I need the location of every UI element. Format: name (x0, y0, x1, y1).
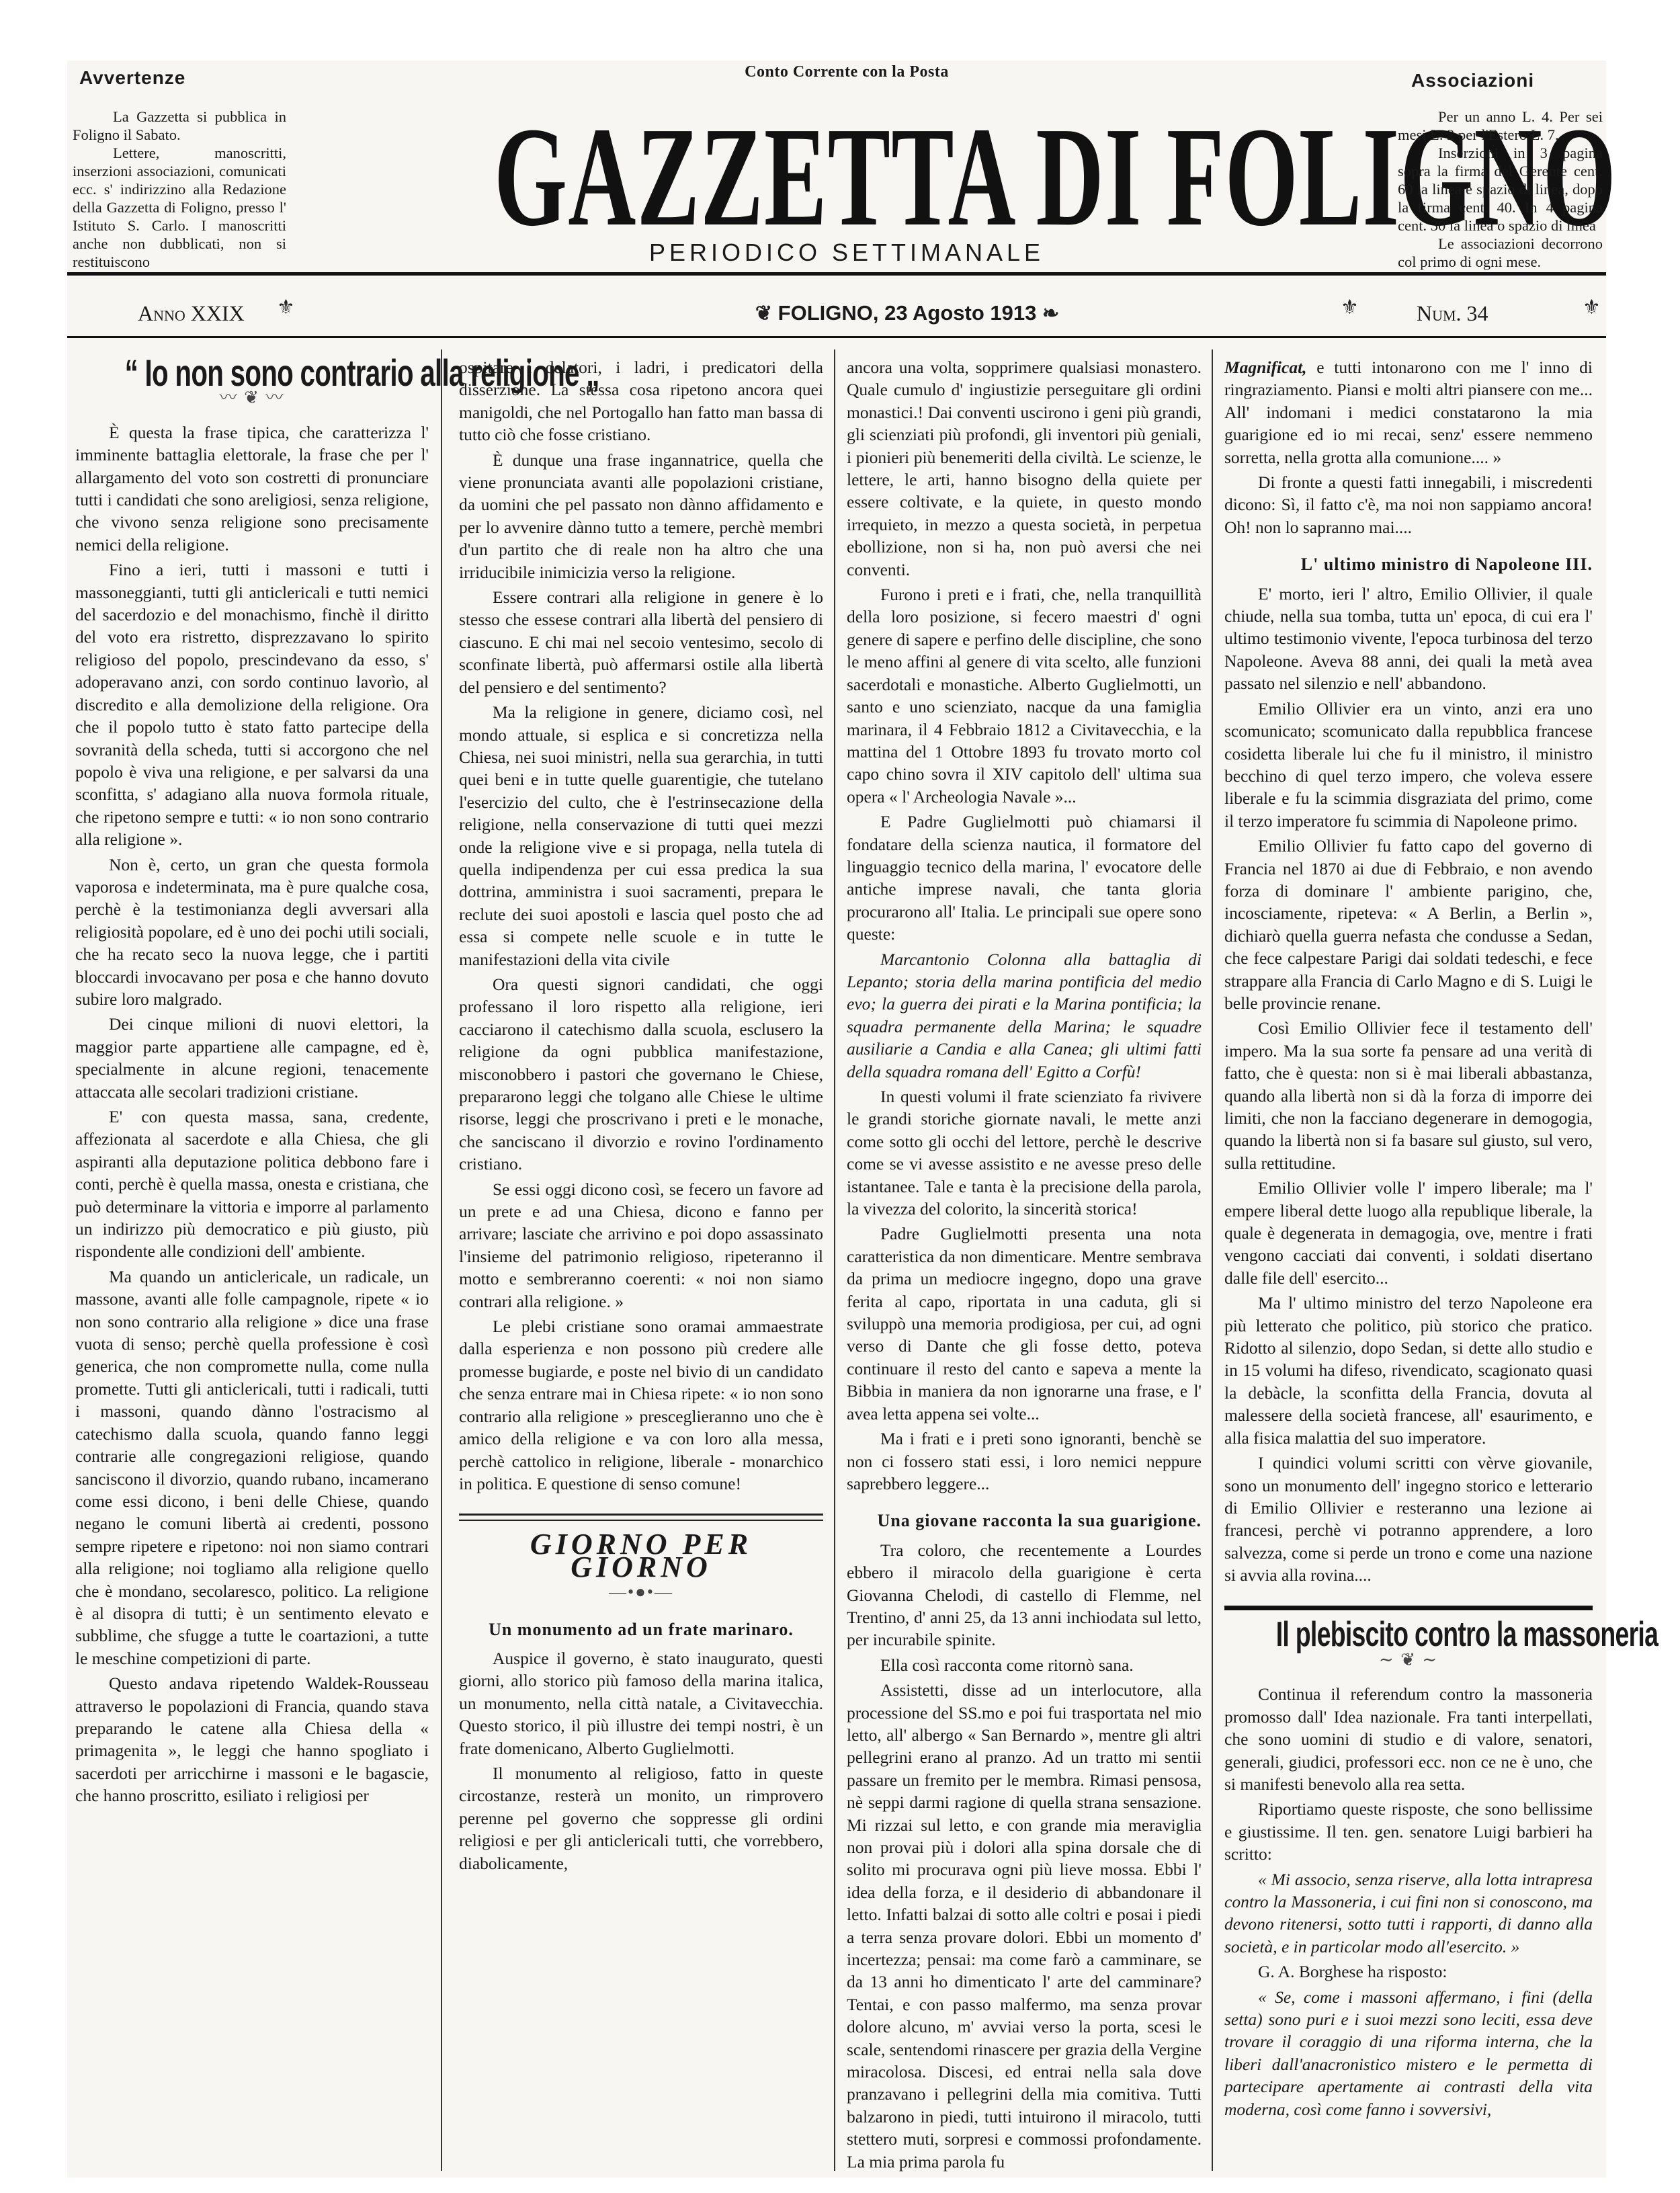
fleuron-right-icon: ❧ (1042, 302, 1059, 325)
main-paragraph-3: Non è, certo, un gran che questa formola… (75, 854, 429, 1011)
place-date-text: FOLIGNO, 23 Agosto 1913 (778, 301, 1037, 325)
fleur-de-lis-icon: ⚜ (1341, 296, 1359, 319)
ollivier-paragraph-3: Emilio Ollivier fu fatto capo del govern… (1224, 835, 1593, 1014)
giorno-per-giorno-title: GIORNO PER GIORNO (459, 1533, 823, 1578)
main-paragraph-14: Le plebi cristiane sono oramai ammaestra… (459, 1315, 823, 1495)
side-ornament-left: ⚜ (277, 296, 295, 319)
monumento-paragraph-4: Furono i preti e i frati, che, nella tra… (847, 583, 1202, 808)
guarigione-headline: Una giovane racconta la sua guarigione. (847, 1509, 1202, 1532)
guarigione-paragraph-1: Tra coloro, che recentemente a Lourdes e… (847, 1539, 1202, 1651)
plebiscito-paragraph-2: Riportiamo queste risposte, che sono bel… (1224, 1798, 1593, 1865)
ollivier-headline: L' ultimo ministro di Napoleone III. (1224, 553, 1593, 575)
monumento-headline: Un monumento ad un frate marinaro. (459, 1618, 823, 1641)
column-4: Magnificat, e tutti intonarono con me l'… (1224, 356, 1593, 2123)
guarigione-paragraph-5: Di fronte a questi fatti innegabili, i m… (1224, 471, 1593, 538)
ollivier-paragraph-6: Ma l' ultimo ministro del terzo Napoleon… (1224, 1292, 1593, 1449)
guglielmotti-works-list: Marcantonio Colonna alla battaglia di Le… (847, 948, 1202, 1083)
section-rule-thick (1224, 1606, 1593, 1610)
monumento-paragraph-5: E Padre Guglielmotti può chiamarsi il fo… (847, 811, 1202, 945)
column-rule-3 (1212, 349, 1213, 2171)
ollivier-paragraph-2: Emilio Ollivier era un vinto, anzi era u… (1224, 698, 1593, 832)
main-paragraph-1: È questa la frase tipica, che caratteriz… (75, 421, 429, 556)
associazioni-box: Per un anno L. 4. Per sei mesi L. 2 per … (1398, 108, 1603, 271)
guarigione-paragraph-3: Assistetti, disse ad un interlocutore, a… (847, 1679, 1202, 2173)
plebiscito-paragraph-1: Continua il referendum contro la massone… (1224, 1683, 1593, 1795)
associazioni-text-2: Inserzioni in 3 pagina sopra la firma de… (1398, 144, 1603, 235)
fleuron-left-icon: ❦ (755, 302, 772, 325)
associazioni-label: Associazioni (1411, 70, 1534, 91)
monumento-paragraph-1: Auspice il governo, è stato inaugurato, … (459, 1647, 823, 1760)
monumento-paragraph-6: In questi volumi il frate scienziato fa … (847, 1085, 1202, 1220)
barbieri-quote: « Mi associo, senza riserve, alla lotta … (1224, 1868, 1593, 1958)
associazioni-text-3: Le associazioni decorrono col primo di o… (1398, 235, 1603, 271)
monumento-paragraph-7: Padre Guglielmotti presenta una nota car… (847, 1223, 1202, 1425)
associazioni-text-1: Per un anno L. 4. Per sei mesi L. 2 per … (1398, 108, 1603, 144)
monumento-paragraph-8: Ma i frati e i preti sono ignoranti, ben… (847, 1427, 1202, 1495)
main-paragraph-4: Dei cinque milioni di nuovi elettori, la… (75, 1013, 429, 1103)
ollivier-paragraph-4: Così Emilio Ollivier fece il testamento … (1224, 1017, 1593, 1174)
main-paragraph-5: E' con questa massa, sana, credente, aff… (75, 1106, 429, 1263)
main-paragraph-9: È dunque una frase ingannatrice, quella … (459, 449, 823, 583)
main-paragraph-6: Ma quando un anticlericale, un radicale,… (75, 1266, 429, 1669)
ollivier-paragraph-1: E' morto, ieri l' altro, Emilio Ollivier… (1224, 583, 1593, 695)
main-paragraph-8: ospitare i delatori, i ladri, i predicat… (459, 356, 823, 446)
newspaper-subtitle: PERIODICO SETTIMANALE (511, 239, 1183, 267)
main-article-headline: “ Io non sono contrario alla religione „ (125, 362, 380, 384)
anno-label: Anno XXIX (138, 301, 245, 326)
side-ornament-right: ⚜ (1583, 296, 1601, 319)
guarigione-paragraph-4: Magnificat, e tutti intonarono con me l'… (1224, 356, 1593, 468)
column-3: ancora una volta, sopprimere qualsiasi m… (847, 356, 1202, 2176)
section-rule (459, 1514, 823, 1521)
issue-number: Num. 34 (1417, 301, 1488, 326)
main-paragraph-2: Fino a ieri, tutti i massoni e tutti i m… (75, 558, 429, 850)
main-paragraph-7: Questo andava ripetendo Waldek-Rousseau … (75, 1672, 429, 1807)
column-1: “ Io non sono contrario alla religione „… (75, 356, 429, 1810)
main-paragraph-13: Se essi oggi dicono così, se fecero un f… (459, 1178, 823, 1313)
borghese-quote: « Se, come i massoni affermano, i fini (… (1224, 1986, 1593, 2120)
ollivier-paragraph-7: I quindici volumi scritti con vèrve giov… (1224, 1452, 1593, 1586)
masthead-rule-bottom (67, 336, 1606, 338)
magnificat-word: Magnificat, (1224, 358, 1307, 377)
main-paragraph-12: Ora questi signori candidati, che oggi p… (459, 973, 823, 1175)
monumento-paragraph-3: ancora una volta, sopprimere qualsiasi m… (847, 356, 1202, 581)
column-2: ospitare i delatori, i ladri, i predicat… (459, 356, 823, 1877)
avvertenze-text-2: Lettere, manoscritti, inserzioni associa… (73, 144, 286, 271)
column-rule-2 (834, 349, 835, 2171)
monumento-paragraph-2: Il monumento al religioso, fatto in ques… (459, 1762, 823, 1874)
avvertenze-text-1: La Gazzetta si pubblica in Foligno il Sa… (73, 108, 286, 144)
avvertenze-box: La Gazzetta si pubblica in Foligno il Sa… (73, 108, 286, 271)
column-rule-1 (441, 349, 442, 2171)
conto-corrente-label: Conto Corrente con la Posta (645, 63, 1048, 81)
side-ornament-mid: ⚜ (1341, 296, 1359, 319)
main-paragraph-10: Essere contrari alla religione in genere… (459, 586, 823, 698)
ollivier-paragraph-5: Emilio Ollivier volle l' impero liberale… (1224, 1177, 1593, 1289)
main-paragraph-11: Ma la religione in genere, diciamo così,… (459, 701, 823, 970)
fleur-de-lis-icon: ⚜ (277, 296, 295, 319)
place-date: ❦ FOLIGNO, 23 Agosto 1913 ❧ (706, 301, 1109, 325)
ornament-divider: —•●•— (459, 1581, 823, 1603)
avvertenze-label: Avvertenze (79, 67, 185, 89)
guarigione-paragraph-2: Ella così racconta come ritornò sana. (847, 1654, 1202, 1676)
borghese-intro: G. A. Borghese ha risposto: (1224, 1960, 1593, 1983)
newspaper-title: GAZZETTA DI FOLIGNO (494, 104, 1186, 249)
fleur-de-lis-icon: ⚜ (1583, 296, 1601, 319)
plebiscito-headline: Il plebiscito contro la massoneria (1276, 1624, 1542, 1646)
masthead-rule-top (67, 272, 1606, 276)
